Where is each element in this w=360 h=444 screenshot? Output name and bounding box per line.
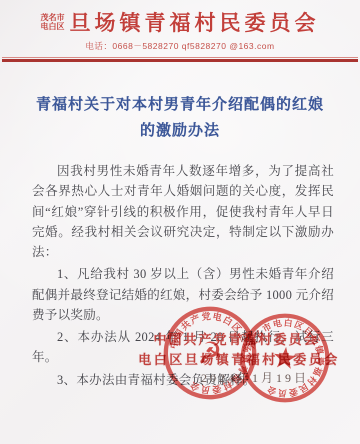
letterhead: 茂名市 电白区 旦场镇青福村民委员会 电话：0668－5828270 qf582… [0,0,360,62]
divider-thin-line [2,57,358,58]
region-line2: 电白区 [41,22,65,31]
village-seal-stamp: 茂名市电白区旦场镇青福村民委员会 ★ [234,307,335,408]
hammer-sickle-icon: ☭ [196,337,224,371]
contact-line: 电话：0668－5828270 qf5828270 @163.com [0,40,360,52]
title-line1: 青福村关于对本村男青年介绍配偶的红娘 [0,92,360,118]
letterhead-region: 茂名市 电白区 [41,13,65,31]
divider-thick-line [2,59,358,62]
header-divider [0,57,360,62]
intro-paragraph: 因我村男性未婚青年人数逐年增多，为了提高社会各界热心人士对青年人婚姻问题的关心度… [32,161,334,262]
document-title: 青福村关于对本村男青年介绍配偶的红娘 的激励办法 [0,92,360,145]
star-icon: ★ [270,342,300,377]
organization-name: 旦场镇青福村民委员会 [70,7,320,37]
region-line1: 茂名市 [41,13,65,22]
document-page: 茂名市 电白区 旦场镇青福村民委员会 电话：0668－5828270 qf582… [0,0,360,444]
title-line2: 的激励办法 [0,118,360,144]
